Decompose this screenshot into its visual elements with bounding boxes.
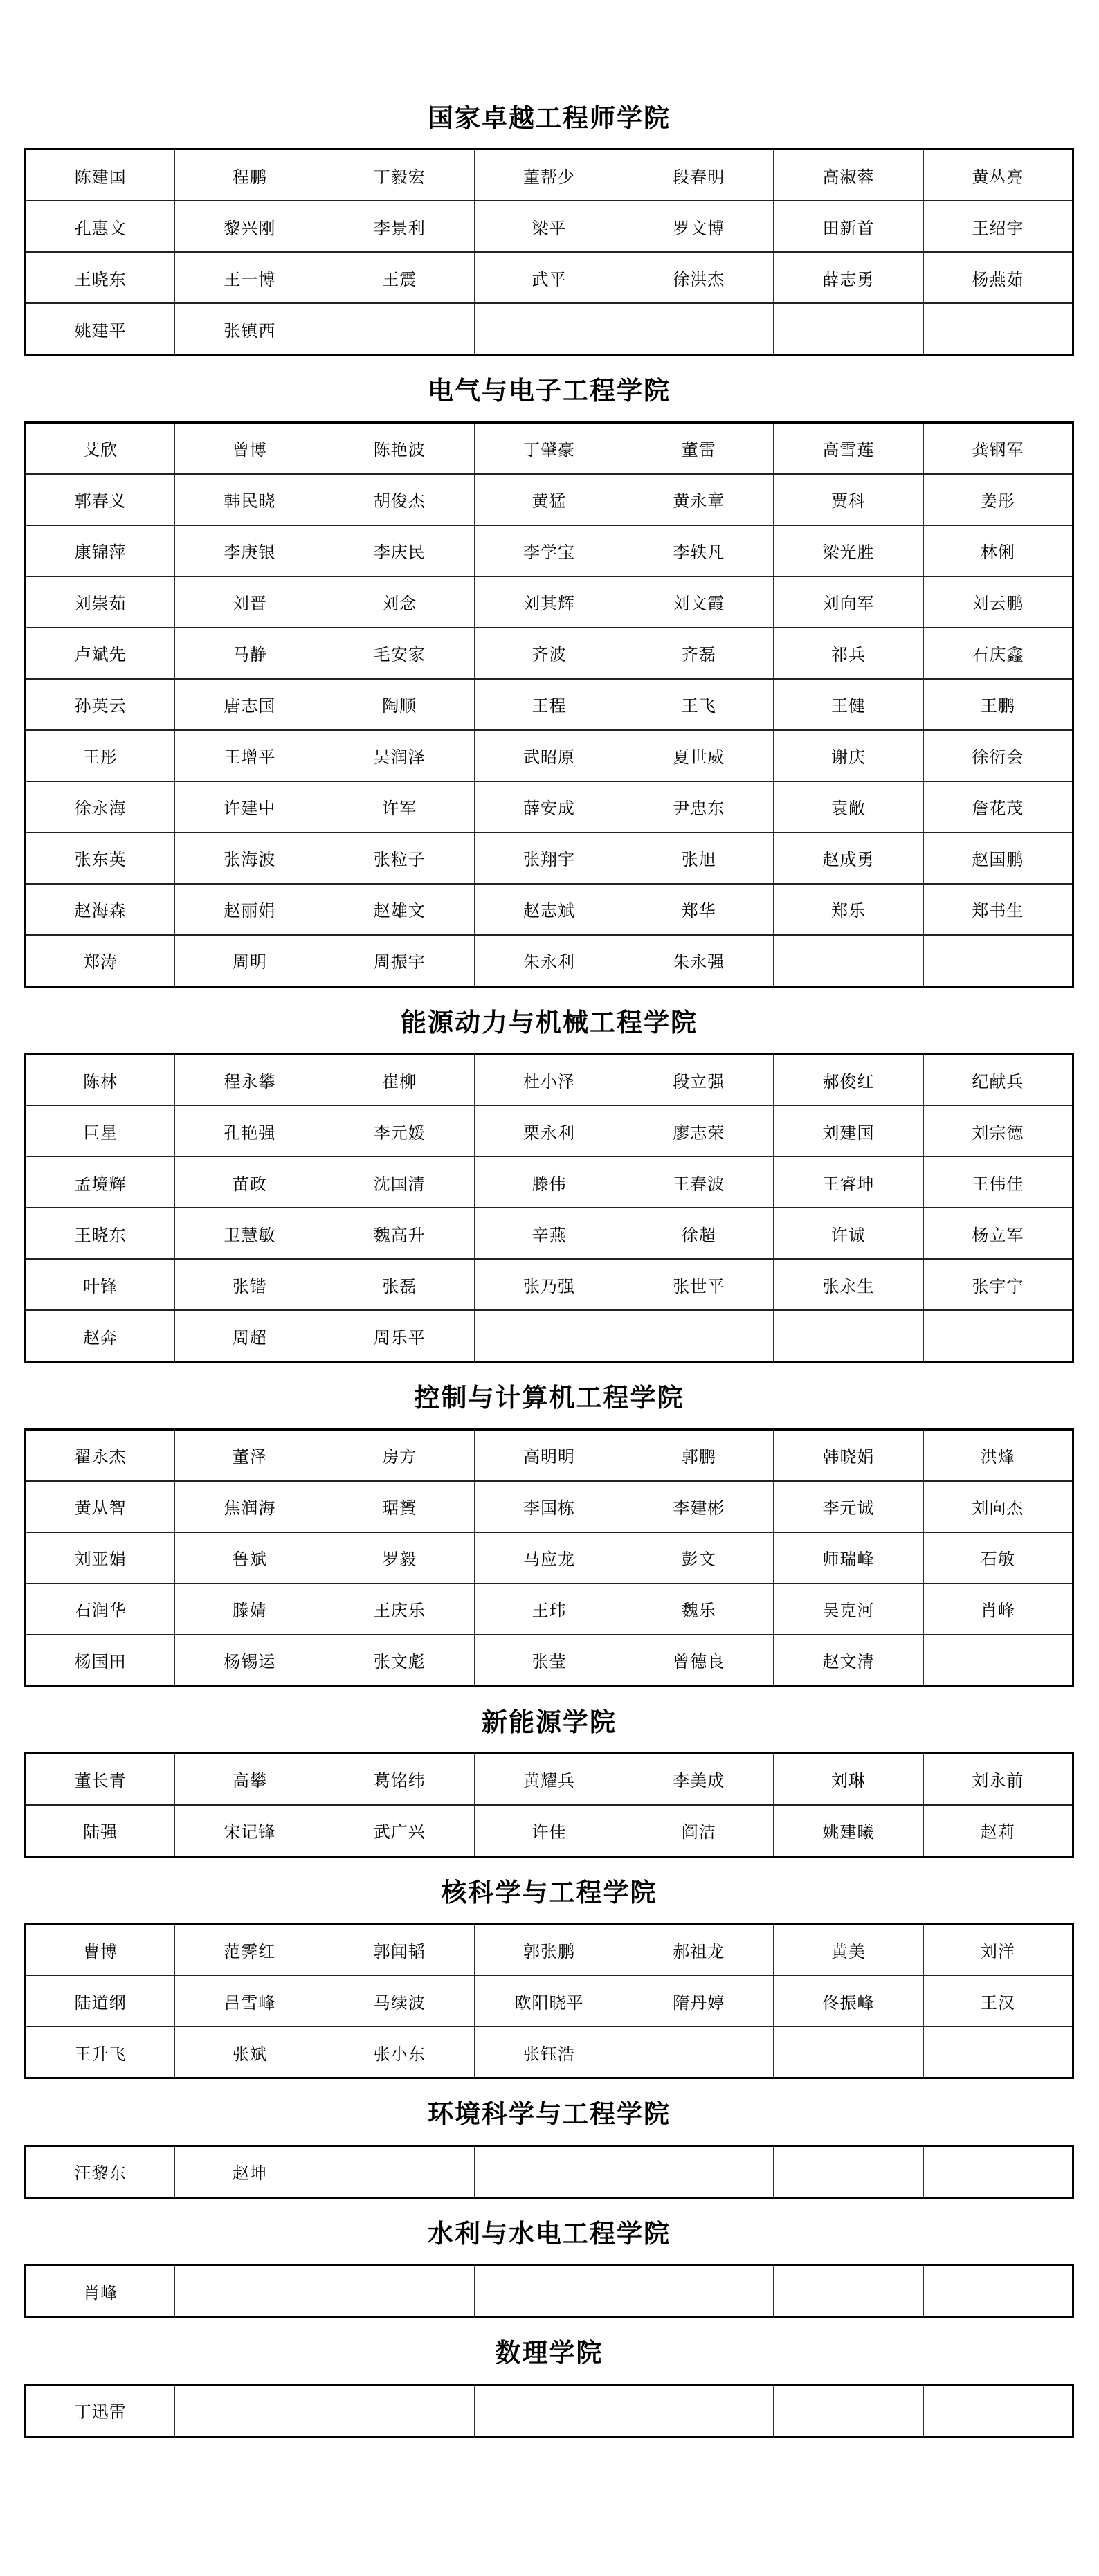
- empty-cell: [325, 2146, 474, 2197]
- name-cell: 滕伟: [474, 1157, 624, 1208]
- roster-table: 肖峰: [24, 2264, 1074, 2318]
- table-row: 王晓东卫慧敏魏高升辛燕徐超许诚杨立军: [26, 1208, 1073, 1259]
- section-title: 电气与电子工程学院: [24, 375, 1074, 406]
- name-cell: 韩晓娟: [774, 1429, 923, 1481]
- empty-cell: [923, 1310, 1073, 1362]
- name-cell: 李国栋: [474, 1481, 624, 1532]
- name-cell: 陈林: [26, 1054, 175, 1106]
- name-cell: 肖峰: [923, 1584, 1073, 1635]
- name-cell: 叶锋: [26, 1259, 175, 1310]
- name-cell: 程鹏: [175, 149, 325, 201]
- name-cell: 李美成: [624, 1753, 774, 1805]
- name-cell: 刘向军: [774, 577, 923, 628]
- empty-cell: [325, 2265, 474, 2317]
- name-cell: 罗毅: [325, 1532, 474, 1584]
- name-cell: 刘念: [325, 577, 474, 628]
- name-cell: 佟振峰: [774, 1975, 923, 2026]
- name-cell: 陶顺: [325, 679, 474, 730]
- name-cell: 王一博: [175, 252, 325, 303]
- empty-cell: [325, 303, 474, 355]
- name-cell: 李元媛: [325, 1105, 474, 1157]
- name-cell: 李建彬: [624, 1481, 774, 1532]
- name-cell: 贾科: [774, 474, 923, 525]
- roster-table: 汪黎东赵坤: [24, 2145, 1074, 2199]
- name-cell: 王春波: [624, 1157, 774, 1208]
- name-cell: 刘其辉: [474, 577, 624, 628]
- table-row: 赵海森赵丽娟赵雄文赵志斌郑华郑乐郑书生: [26, 884, 1073, 935]
- name-cell: 徐永海: [26, 781, 175, 833]
- table-row: 巨星孔艳强李元媛栗永利廖志荣刘建国刘宗德: [26, 1105, 1073, 1157]
- name-cell: 鲁斌: [175, 1532, 325, 1584]
- name-cell: 龚钢军: [923, 422, 1073, 474]
- empty-cell: [774, 1310, 923, 1362]
- table-row: 艾欣曾博陈艳波丁肈豪董雷高雪莲龚钢军: [26, 422, 1073, 474]
- table-row: 王升飞张斌张小东张钰浩: [26, 2026, 1073, 2078]
- name-cell: 陆道纲: [26, 1975, 175, 2026]
- name-cell: 卢斌先: [26, 628, 175, 679]
- name-cell: 黎兴刚: [175, 201, 325, 252]
- name-cell: 周乐平: [325, 1310, 474, 1362]
- table-row: 刘亚娟鲁斌罗毅马应龙彭文师瑞峰石敏: [26, 1532, 1073, 1584]
- name-cell: 康锦萍: [26, 525, 175, 577]
- name-cell: 翟永杰: [26, 1429, 175, 1481]
- name-cell: 曹博: [26, 1924, 175, 1976]
- name-cell: 王震: [325, 252, 474, 303]
- name-cell: 夏世威: [624, 730, 774, 781]
- table-row: 徐永海许建中许军薛安成尹忠东袁敞詹花茂: [26, 781, 1073, 833]
- roster-table: 翟永杰董泽房方高明明郭鹏韩晓娟洪烽黄从智焦润海琚贇李国栋李建彬李元诚刘向杰刘亚娟…: [24, 1428, 1074, 1687]
- name-cell: 焦润海: [175, 1481, 325, 1532]
- name-cell: 朱永强: [624, 935, 774, 987]
- name-cell: 尹忠东: [624, 781, 774, 833]
- name-cell: 丁迅雷: [26, 2384, 175, 2436]
- name-cell: 石敏: [923, 1532, 1073, 1584]
- name-cell: 程永攀: [175, 1054, 325, 1106]
- name-cell: 宋记锋: [175, 1805, 325, 1857]
- name-cell: 郝祖龙: [624, 1924, 774, 1976]
- table-row: 康锦萍李庚银李庆民李学宝李轶凡梁光胜林俐: [26, 525, 1073, 577]
- name-cell: 苗政: [175, 1157, 325, 1208]
- table-row: 张东英张海波张粒子张翔宇张旭赵成勇赵国鹏: [26, 833, 1073, 884]
- name-cell: 周明: [175, 935, 325, 987]
- name-cell: 张翔宇: [474, 833, 624, 884]
- name-cell: 王健: [774, 679, 923, 730]
- name-cell: 赵成勇: [774, 833, 923, 884]
- name-cell: 王伟佳: [923, 1157, 1073, 1208]
- empty-cell: [923, 1635, 1073, 1687]
- table-row: 王彤王增平吴润泽武昭原夏世威谢庆徐衍会: [26, 730, 1073, 781]
- name-cell: 石庆鑫: [923, 628, 1073, 679]
- name-cell: 孔艳强: [175, 1105, 325, 1157]
- name-cell: 郑书生: [923, 884, 1073, 935]
- name-cell: 詹花茂: [923, 781, 1073, 833]
- section-title: 能源动力与机械工程学院: [24, 1007, 1074, 1037]
- table-row: 郑涛周明周振宇朱永利朱永强: [26, 935, 1073, 987]
- empty-cell: [474, 2384, 624, 2436]
- name-cell: 肖峰: [26, 2265, 175, 2317]
- name-cell: 毛安家: [325, 628, 474, 679]
- name-cell: 罗文博: [624, 201, 774, 252]
- name-cell: 张锴: [175, 1259, 325, 1310]
- name-cell: 廖志荣: [624, 1105, 774, 1157]
- name-cell: 许诚: [774, 1208, 923, 1259]
- name-cell: 赵海森: [26, 884, 175, 935]
- section-title: 水利与水电工程学院: [24, 2218, 1074, 2249]
- name-cell: 齐磊: [624, 628, 774, 679]
- name-cell: 吴润泽: [325, 730, 474, 781]
- name-cell: 王程: [474, 679, 624, 730]
- name-cell: 王鹏: [923, 679, 1073, 730]
- name-cell: 许军: [325, 781, 474, 833]
- name-cell: 张乃强: [474, 1259, 624, 1310]
- name-cell: 郑华: [624, 884, 774, 935]
- name-cell: 林俐: [923, 525, 1073, 577]
- name-cell: 艾欣: [26, 422, 175, 474]
- name-cell: 张镇西: [175, 303, 325, 355]
- name-cell: 魏高升: [325, 1208, 474, 1259]
- name-cell: 阎洁: [624, 1805, 774, 1857]
- name-cell: 刘琳: [774, 1753, 923, 1805]
- roster-table: 丁迅雷: [24, 2384, 1074, 2438]
- table-row: 姚建平张镇西: [26, 303, 1073, 355]
- name-cell: 董长青: [26, 1753, 175, 1805]
- table-row: 郭春义韩民晓胡俊杰黄猛黄永章贾科姜彤: [26, 474, 1073, 525]
- name-cell: 赵文清: [774, 1635, 923, 1687]
- name-cell: 陈建国: [26, 149, 175, 201]
- name-cell: 赵丽娟: [175, 884, 325, 935]
- empty-cell: [923, 303, 1073, 355]
- name-cell: 王彤: [26, 730, 175, 781]
- empty-cell: [325, 2384, 474, 2436]
- empty-cell: [175, 2384, 325, 2436]
- name-cell: 刘晋: [175, 577, 325, 628]
- name-cell: 马续波: [325, 1975, 474, 2026]
- name-cell: 杜小泽: [474, 1054, 624, 1106]
- table-row: 丁迅雷: [26, 2384, 1073, 2436]
- name-cell: 张磊: [325, 1259, 474, 1310]
- name-cell: 李庆民: [325, 525, 474, 577]
- name-cell: 房方: [325, 1429, 474, 1481]
- name-cell: 马静: [175, 628, 325, 679]
- name-cell: 李景利: [325, 201, 474, 252]
- empty-cell: [624, 2265, 774, 2317]
- name-cell: 隋丹婷: [624, 1975, 774, 2026]
- name-cell: 杨立军: [923, 1208, 1073, 1259]
- name-cell: 刘崇茹: [26, 577, 175, 628]
- empty-cell: [774, 935, 923, 987]
- name-cell: 张粒子: [325, 833, 474, 884]
- name-cell: 曾德良: [624, 1635, 774, 1687]
- name-cell: 高雪莲: [774, 422, 923, 474]
- name-cell: 李元诚: [774, 1481, 923, 1532]
- name-cell: 王玮: [474, 1584, 624, 1635]
- name-cell: 刘洋: [923, 1924, 1073, 1976]
- table-row: 曹博范霁红郭闻韬郭张鹏郝祖龙黄美刘洋: [26, 1924, 1073, 1976]
- name-cell: 刘亚娟: [26, 1532, 175, 1584]
- name-cell: 琚贇: [325, 1481, 474, 1532]
- roster-table: 董长青高攀葛铭纬黄耀兵李美成刘琳刘永前陆强宋记锋武广兴许佳阎洁姚建曦赵莉: [24, 1752, 1074, 1858]
- section-title: 环境科学与工程学院: [24, 2098, 1074, 2129]
- name-cell: 张小东: [325, 2026, 474, 2078]
- name-cell: 谢庆: [774, 730, 923, 781]
- name-cell: 杨锡运: [175, 1635, 325, 1687]
- name-cell: 周超: [175, 1310, 325, 1362]
- roster-table: 艾欣曾博陈艳波丁肈豪董雷高雪莲龚钢军郭春义韩民晓胡俊杰黄猛黄永章贾科姜彤康锦萍李…: [24, 421, 1074, 988]
- name-cell: 王绍宇: [923, 201, 1073, 252]
- name-cell: 赵莉: [923, 1805, 1073, 1857]
- empty-cell: [624, 2146, 774, 2197]
- empty-cell: [774, 2146, 923, 2197]
- name-cell: 韩民晓: [175, 474, 325, 525]
- name-cell: 师瑞峰: [774, 1532, 923, 1584]
- name-cell: 朱永利: [474, 935, 624, 987]
- name-cell: 杨国田: [26, 1635, 175, 1687]
- table-row: 卢斌先马静毛安家齐波齐磊祁兵石庆鑫: [26, 628, 1073, 679]
- name-cell: 卫慧敏: [175, 1208, 325, 1259]
- name-cell: 孔惠文: [26, 201, 175, 252]
- empty-cell: [624, 2026, 774, 2078]
- name-cell: 刘云鹏: [923, 577, 1073, 628]
- name-cell: 汪黎东: [26, 2146, 175, 2197]
- name-cell: 王汉: [923, 1975, 1073, 2026]
- name-cell: 张旭: [624, 833, 774, 884]
- name-cell: 吴克河: [774, 1584, 923, 1635]
- name-cell: 赵雄文: [325, 884, 474, 935]
- name-cell: 王晓东: [26, 252, 175, 303]
- name-cell: 赵奔: [26, 1310, 175, 1362]
- name-cell: 王升飞: [26, 2026, 175, 2078]
- table-row: 陈林程永攀崔柳杜小泽段立强郝俊红纪献兵: [26, 1054, 1073, 1106]
- name-cell: 刘宗德: [923, 1105, 1073, 1157]
- name-cell: 郭春义: [26, 474, 175, 525]
- empty-cell: [175, 2265, 325, 2317]
- table-row: 汪黎东赵坤: [26, 2146, 1073, 2197]
- name-cell: 王睿坤: [774, 1157, 923, 1208]
- table-row: 董长青高攀葛铭纬黄耀兵李美成刘琳刘永前: [26, 1753, 1073, 1805]
- empty-cell: [474, 2265, 624, 2317]
- name-cell: 沈国清: [325, 1157, 474, 1208]
- section-title: 国家卓越工程师学院: [24, 102, 1074, 133]
- table-row: 肖峰: [26, 2265, 1073, 2317]
- section-title: 控制与计算机工程学院: [24, 1382, 1074, 1413]
- empty-cell: [474, 1310, 624, 1362]
- name-cell: 赵志斌: [474, 884, 624, 935]
- name-cell: 张文彪: [325, 1635, 474, 1687]
- name-cell: 齐波: [474, 628, 624, 679]
- name-cell: 薛安成: [474, 781, 624, 833]
- table-row: 陆道纲吕雪峰马续波欧阳晓平隋丹婷佟振峰王汉: [26, 1975, 1073, 2026]
- table-row: 叶锋张锴张磊张乃强张世平张永生张宇宁: [26, 1259, 1073, 1310]
- name-cell: 刘向杰: [923, 1481, 1073, 1532]
- empty-cell: [923, 2146, 1073, 2197]
- name-cell: 段立强: [624, 1054, 774, 1106]
- name-cell: 马应龙: [474, 1532, 624, 1584]
- name-cell: 赵坤: [175, 2146, 325, 2197]
- name-cell: 梁平: [474, 201, 624, 252]
- name-cell: 黄耀兵: [474, 1753, 624, 1805]
- section-title: 数理学院: [24, 2337, 1074, 2368]
- name-cell: 辛燕: [474, 1208, 624, 1259]
- name-cell: 黄丛亮: [923, 149, 1073, 201]
- name-cell: 李轶凡: [624, 525, 774, 577]
- table-row: 刘崇茹刘晋刘念刘其辉刘文霞刘向军刘云鹏: [26, 577, 1073, 628]
- empty-cell: [774, 303, 923, 355]
- table-row: 孔惠文黎兴刚李景利梁平罗文博田新首王绍宇: [26, 201, 1073, 252]
- name-cell: 胡俊杰: [325, 474, 474, 525]
- name-cell: 黄从智: [26, 1481, 175, 1532]
- name-cell: 徐超: [624, 1208, 774, 1259]
- name-cell: 栗永利: [474, 1105, 624, 1157]
- name-cell: 张永生: [774, 1259, 923, 1310]
- name-cell: 欧阳晓平: [474, 1975, 624, 2026]
- empty-cell: [474, 2146, 624, 2197]
- roster-table: 陈建国程鹏丁毅宏董帮少段春明高淑蓉黄丛亮孔惠文黎兴刚李景利梁平罗文博田新首王绍宇…: [24, 148, 1074, 356]
- name-cell: 陈艳波: [325, 422, 474, 474]
- name-cell: 张世平: [624, 1259, 774, 1310]
- name-cell: 武昭原: [474, 730, 624, 781]
- name-cell: 吕雪峰: [175, 1975, 325, 2026]
- empty-cell: [774, 2384, 923, 2436]
- table-row: 翟永杰董泽房方高明明郭鹏韩晓娟洪烽: [26, 1429, 1073, 1481]
- name-cell: 李庚银: [175, 525, 325, 577]
- name-cell: 郭鹏: [624, 1429, 774, 1481]
- empty-cell: [624, 2384, 774, 2436]
- name-cell: 曾博: [175, 422, 325, 474]
- name-cell: 董雷: [624, 422, 774, 474]
- name-cell: 祁兵: [774, 628, 923, 679]
- table-row: 孙英云唐志国陶顺王程王飞王健王鹏: [26, 679, 1073, 730]
- name-cell: 黄美: [774, 1924, 923, 1976]
- name-cell: 丁肈豪: [474, 422, 624, 474]
- name-cell: 滕婧: [175, 1584, 325, 1635]
- table-row: 赵奔周超周乐平: [26, 1310, 1073, 1362]
- name-cell: 徐衍会: [923, 730, 1073, 781]
- name-cell: 王增平: [175, 730, 325, 781]
- name-cell: 梁光胜: [774, 525, 923, 577]
- empty-cell: [923, 935, 1073, 987]
- name-cell: 郝俊红: [774, 1054, 923, 1106]
- name-cell: 姚建平: [26, 303, 175, 355]
- empty-cell: [624, 303, 774, 355]
- name-cell: 高淑蓉: [774, 149, 923, 201]
- name-cell: 范霁红: [175, 1924, 325, 1976]
- empty-cell: [923, 2384, 1073, 2436]
- name-cell: 郑涛: [26, 935, 175, 987]
- name-cell: 崔柳: [325, 1054, 474, 1106]
- table-row: 黄从智焦润海琚贇李国栋李建彬李元诚刘向杰: [26, 1481, 1073, 1532]
- name-cell: 葛铭纬: [325, 1753, 474, 1805]
- name-cell: 周振宇: [325, 935, 474, 987]
- name-cell: 张海波: [175, 833, 325, 884]
- name-cell: 张钰浩: [474, 2026, 624, 2078]
- name-cell: 张宇宁: [923, 1259, 1073, 1310]
- name-cell: 刘永前: [923, 1753, 1073, 1805]
- document-page: 国家卓越工程师学院陈建国程鹏丁毅宏董帮少段春明高淑蓉黄丛亮孔惠文黎兴刚李景利梁平…: [0, 0, 1099, 2576]
- name-cell: 王庆乐: [325, 1584, 474, 1635]
- table-row: 陆强宋记锋武广兴许佳阎洁姚建曦赵莉: [26, 1805, 1073, 1857]
- name-cell: 田新首: [774, 201, 923, 252]
- name-cell: 巨星: [26, 1105, 175, 1157]
- name-cell: 魏乐: [624, 1584, 774, 1635]
- roster-table: 陈林程永攀崔柳杜小泽段立强郝俊红纪献兵巨星孔艳强李元媛栗永利廖志荣刘建国刘宗德孟…: [24, 1053, 1074, 1363]
- table-row: 陈建国程鹏丁毅宏董帮少段春明高淑蓉黄丛亮: [26, 149, 1073, 201]
- name-cell: 高攀: [175, 1753, 325, 1805]
- name-cell: 刘建国: [774, 1105, 923, 1157]
- name-cell: 洪烽: [923, 1429, 1073, 1481]
- section-title: 新能源学院: [24, 1707, 1074, 1737]
- name-cell: 郑乐: [774, 884, 923, 935]
- name-cell: 纪献兵: [923, 1054, 1073, 1106]
- name-cell: 陆强: [26, 1805, 175, 1857]
- empty-cell: [474, 303, 624, 355]
- name-cell: 薛志勇: [774, 252, 923, 303]
- table-row: 石润华滕婧王庆乐王玮魏乐吴克河肖峰: [26, 1584, 1073, 1635]
- name-cell: 郭张鹏: [474, 1924, 624, 1976]
- name-cell: 张斌: [175, 2026, 325, 2078]
- empty-cell: [774, 2026, 923, 2078]
- section-title: 核科学与工程学院: [24, 1877, 1074, 1907]
- name-cell: 董帮少: [474, 149, 624, 201]
- name-cell: 赵国鹏: [923, 833, 1073, 884]
- name-cell: 孟境辉: [26, 1157, 175, 1208]
- table-row: 孟境辉苗政沈国清滕伟王春波王睿坤王伟佳: [26, 1157, 1073, 1208]
- name-cell: 杨燕茹: [923, 252, 1073, 303]
- name-cell: 郭闻韬: [325, 1924, 474, 1976]
- name-cell: 丁毅宏: [325, 149, 474, 201]
- name-cell: 武平: [474, 252, 624, 303]
- empty-cell: [923, 2265, 1073, 2317]
- name-cell: 段春明: [624, 149, 774, 201]
- name-cell: 李学宝: [474, 525, 624, 577]
- table-row: 杨国田杨锡运张文彪张莹曾德良赵文清: [26, 1635, 1073, 1687]
- name-cell: 孙英云: [26, 679, 175, 730]
- name-cell: 刘文霞: [624, 577, 774, 628]
- empty-cell: [624, 1310, 774, 1362]
- name-cell: 唐志国: [175, 679, 325, 730]
- name-cell: 张东英: [26, 833, 175, 884]
- name-cell: 姚建曦: [774, 1805, 923, 1857]
- empty-cell: [774, 2265, 923, 2317]
- name-cell: 黄永章: [624, 474, 774, 525]
- name-cell: 王飞: [624, 679, 774, 730]
- name-cell: 高明明: [474, 1429, 624, 1481]
- name-cell: 袁敞: [774, 781, 923, 833]
- name-cell: 彭文: [624, 1532, 774, 1584]
- name-cell: 武广兴: [325, 1805, 474, 1857]
- name-cell: 王晓东: [26, 1208, 175, 1259]
- table-row: 王晓东王一博王震武平徐洪杰薛志勇杨燕茹: [26, 252, 1073, 303]
- name-cell: 黄猛: [474, 474, 624, 525]
- name-cell: 许建中: [175, 781, 325, 833]
- empty-cell: [923, 2026, 1073, 2078]
- name-cell: 许佳: [474, 1805, 624, 1857]
- name-cell: 姜彤: [923, 474, 1073, 525]
- name-cell: 徐洪杰: [624, 252, 774, 303]
- name-cell: 石润华: [26, 1584, 175, 1635]
- roster-table: 曹博范霁红郭闻韬郭张鹏郝祖龙黄美刘洋陆道纲吕雪峰马续波欧阳晓平隋丹婷佟振峰王汉王…: [24, 1923, 1074, 2079]
- name-cell: 董泽: [175, 1429, 325, 1481]
- name-cell: 张莹: [474, 1635, 624, 1687]
